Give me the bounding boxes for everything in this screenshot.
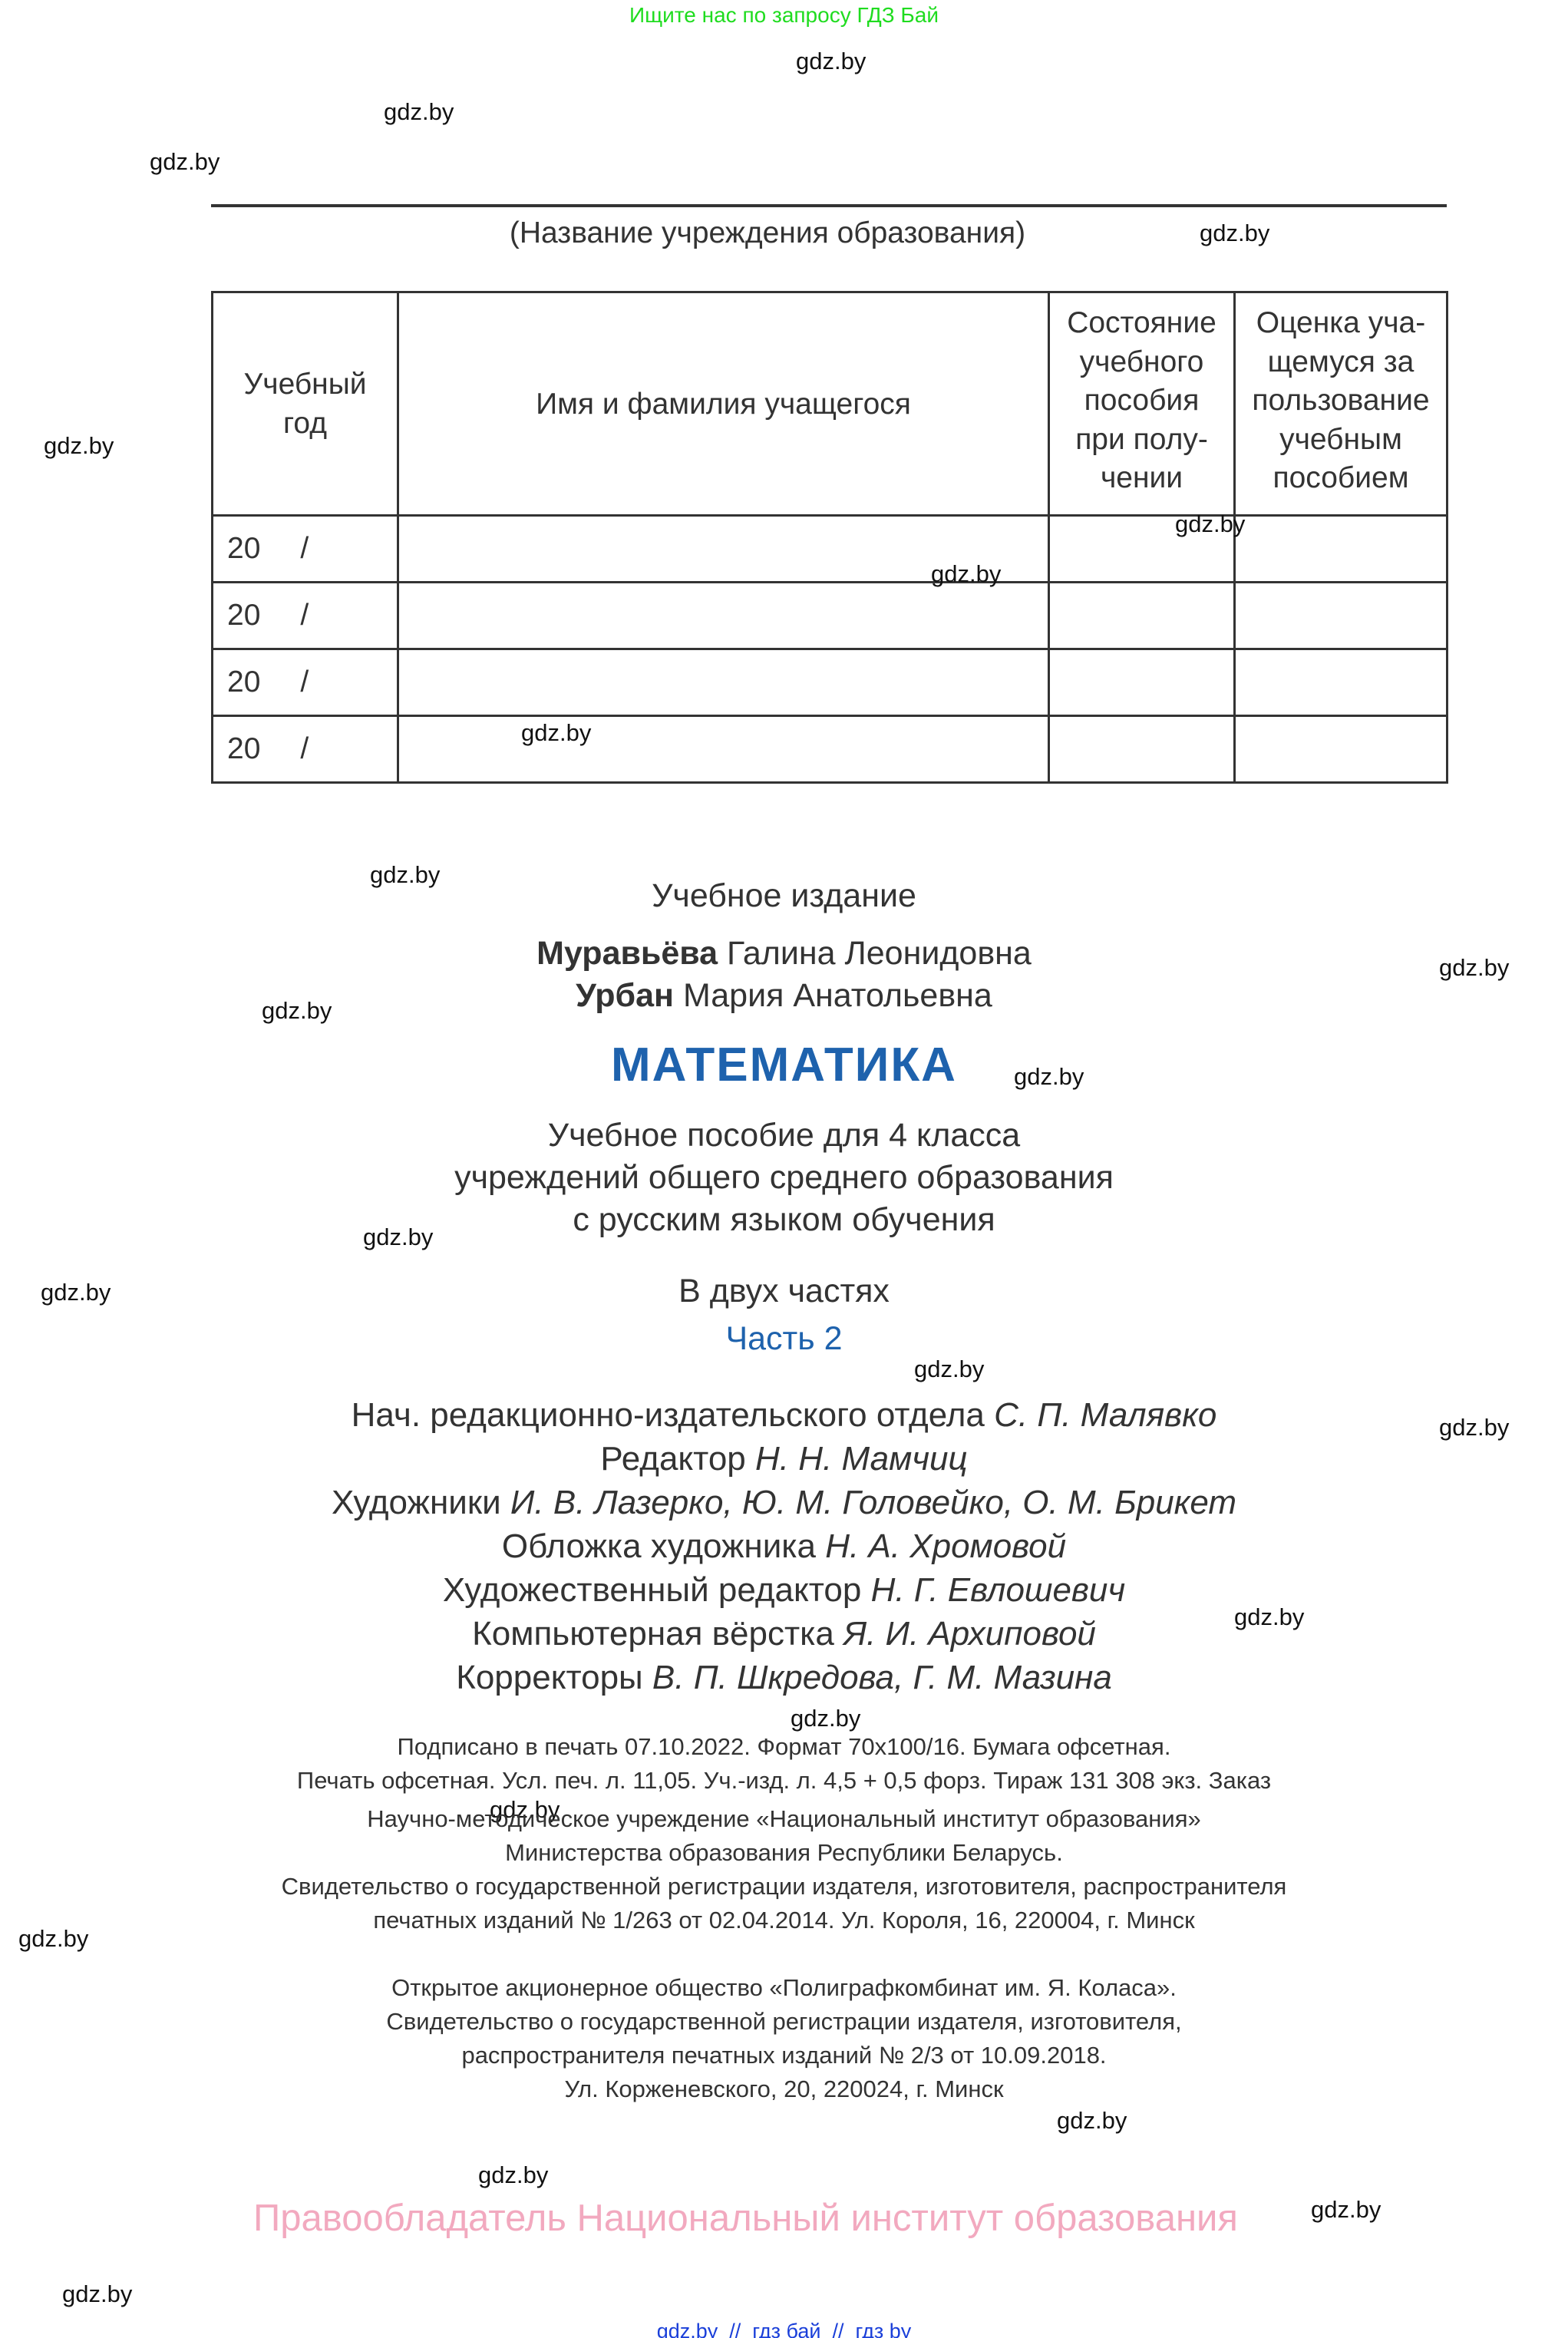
year-cell: 20/: [213, 583, 398, 649]
student-name-cell: [398, 716, 1049, 783]
subtitle-line: Учебное пособие для 4 класса: [0, 1115, 1568, 1157]
grade-cell: [1235, 649, 1448, 716]
credit-line: Корректоры В. П. Шкредова, Г. М. Мазина: [0, 1656, 1568, 1699]
search-hint-banner: Ищите нас по запросу ГДЗ Бай: [0, 3, 1568, 28]
header-text: год: [213, 404, 397, 443]
textbook-register-table: Учебный год Имя и фамилия учащегося Сост…: [211, 291, 1448, 784]
printer-line: распространителя печатных изданий № 2/3 …: [0, 2039, 1568, 2072]
imprint-line: Свидетельство о государственной регистра…: [0, 1870, 1568, 1904]
student-name-cell: [398, 583, 1049, 649]
subtitle-line: учреждений общего среднего образования: [0, 1157, 1568, 1199]
credit-line: Художники И. В. Лазерко, Ю. М. Головейко…: [0, 1481, 1568, 1524]
header-text: щемуся за: [1236, 343, 1446, 382]
header-grade: Оценка уча- щемуся за пользование учебны…: [1235, 292, 1448, 516]
imprint-line: Министерства образования Республики Бела…: [0, 1836, 1568, 1870]
watermark: gdz.by: [791, 1705, 860, 1732]
credit-line: Компьютерная вёрстка Я. И. Архиповой: [0, 1612, 1568, 1656]
year-prefix: 20: [227, 532, 260, 565]
watermark: gdz.by: [914, 1356, 984, 1383]
imprint-line: Печать офсетная. Усл. печ. л. 11,05. Уч.…: [0, 1764, 1568, 1798]
year-prefix: 20: [227, 665, 260, 698]
header-text: Имя и фамилия учащегося: [399, 385, 1048, 424]
credit-line: Обложка художника Н. А. Хромовой: [0, 1524, 1568, 1568]
year-cell: 20/: [213, 649, 398, 716]
table-header-row: Учебный год Имя и фамилия учащегося Сост…: [213, 292, 1448, 516]
author-given-names: Галина Леонидовна: [727, 935, 1032, 972]
year-cell: 20/: [213, 516, 398, 583]
author-surname: Муравьёва: [536, 935, 718, 972]
credit-line: Редактор Н. Н. Мамчиц: [0, 1437, 1568, 1481]
book-title: МАТЕМАТИКА: [0, 1038, 1568, 1092]
part-label: Часть 2: [0, 1320, 1568, 1358]
credit-names: Н. А. Хромовой: [825, 1527, 1066, 1565]
header-text: пользование: [1236, 381, 1446, 421]
grade-cell: [1235, 583, 1448, 649]
credit-names: Н. Г. Евлошевич: [871, 1571, 1126, 1609]
printer-line: Ул. Корженевского, 20, 220024, г. Минск: [0, 2072, 1568, 2106]
table-row: 20/: [213, 516, 1448, 583]
printer-block: Открытое акционерное общество «Полиграфк…: [0, 1971, 1568, 2106]
header-school-year: Учебный год: [213, 292, 398, 516]
watermark: gdz.by: [1057, 2107, 1127, 2135]
header-text: Состояние: [1050, 304, 1233, 343]
year-separator: /: [300, 665, 309, 698]
book-subtitle: Учебное пособие для 4 класса учреждений …: [0, 1115, 1568, 1241]
header-text: учебного: [1050, 343, 1233, 382]
credit-names: В. П. Шкредова, Г. М. Мазина: [652, 1659, 1112, 1696]
watermark: gdz.by: [384, 98, 454, 126]
author: Урбан Мария Анатольевна: [0, 975, 1568, 1017]
header-text: Оценка уча-: [1236, 304, 1446, 343]
header-text: Учебный: [213, 365, 397, 404]
credit-role: Художники: [332, 1484, 501, 1521]
author-surname: Урбан: [576, 977, 674, 1014]
condition-cell: [1049, 583, 1235, 649]
grade-cell: [1235, 716, 1448, 783]
header-text: пособием: [1236, 459, 1446, 498]
credits: Нач. редакционно-издательского отдела С.…: [0, 1393, 1568, 1699]
author-given-names: Мария Анатольевна: [683, 977, 992, 1014]
credit-role: Обложка художника: [502, 1527, 816, 1565]
table-row: 20/: [213, 583, 1448, 649]
year-separator: /: [300, 599, 309, 632]
watermark: gdz.by: [62, 2280, 132, 2308]
condition-cell: [1049, 716, 1235, 783]
authors: Муравьёва Галина Леонидовна Урбан Мария …: [0, 933, 1568, 1017]
parts-note: В двух частях: [0, 1273, 1568, 1310]
institution-caption: (Название учреждения образования): [211, 216, 1447, 250]
rights-holder: Правообладатель Национальный институт об…: [0, 2197, 1530, 2240]
credit-role: Компьютерная вёрстка: [472, 1615, 834, 1653]
watermark: gdz.by: [478, 2161, 548, 2189]
year-separator: /: [300, 732, 309, 765]
year-prefix: 20: [227, 599, 260, 632]
watermark: gdz.by: [150, 148, 220, 176]
author: Муравьёва Галина Леонидовна: [0, 933, 1568, 975]
year-prefix: 20: [227, 732, 260, 765]
header-text: при полу-: [1050, 421, 1233, 460]
watermark: gdz.by: [931, 560, 1001, 588]
credit-role: Нач. редакционно-издательского отдела: [352, 1396, 985, 1434]
credit-line: Художественный редактор Н. Г. Евлошевич: [0, 1568, 1568, 1612]
imprint-block: Подписано в печать 07.10.2022. Формат 70…: [0, 1730, 1568, 1937]
imprint-line: печатных изданий № 1/263 от 02.04.2014. …: [0, 1904, 1568, 1937]
footer-links[interactable]: gdz.by // гдз бай // гдз by: [0, 2320, 1568, 2338]
credit-names: Я. И. Архиповой: [843, 1615, 1096, 1653]
header-student-name: Имя и фамилия учащегося: [398, 292, 1049, 516]
imprint-line: Подписано в печать 07.10.2022. Формат 70…: [0, 1730, 1568, 1764]
edition-type: Учебное издание: [0, 877, 1568, 915]
table-row: 20/: [213, 716, 1448, 783]
watermark: gdz.by: [1175, 510, 1245, 538]
printer-line: Свидетельство о государственной регистра…: [0, 2005, 1568, 2039]
institution-name-line: [211, 204, 1447, 207]
credit-role: Корректоры: [456, 1659, 642, 1696]
year-separator: /: [300, 532, 309, 565]
printer-line: Открытое акционерное общество «Полиграфк…: [0, 1971, 1568, 2005]
header-text: учебным: [1236, 421, 1446, 460]
header-text: чении: [1050, 459, 1233, 498]
header-text: пособия: [1050, 381, 1233, 421]
credit-names: С. П. Малявко: [994, 1396, 1216, 1434]
table-row: 20/: [213, 649, 1448, 716]
credit-names: Н. Н. Мамчиц: [755, 1440, 968, 1478]
watermark: gdz.by: [796, 48, 866, 75]
watermark: gdz.by: [521, 719, 591, 747]
credit-role: Редактор: [600, 1440, 745, 1478]
header-condition: Состояние учебного пособия при полу- чен…: [1049, 292, 1235, 516]
credit-names: И. В. Лазерко, Ю. М. Головейко, О. М. Бр…: [510, 1484, 1236, 1521]
imprint-line: Научно-методическое учреждение «Национал…: [0, 1802, 1568, 1836]
student-name-cell: [398, 649, 1049, 716]
grade-cell: [1235, 516, 1448, 583]
subtitle-line: с русским языком обучения: [0, 1199, 1568, 1241]
watermark: gdz.by: [44, 432, 114, 460]
credit-line: Нач. редакционно-издательского отдела С.…: [0, 1393, 1568, 1437]
credit-role: Художественный редактор: [443, 1571, 861, 1609]
condition-cell: [1049, 649, 1235, 716]
year-cell: 20/: [213, 716, 398, 783]
